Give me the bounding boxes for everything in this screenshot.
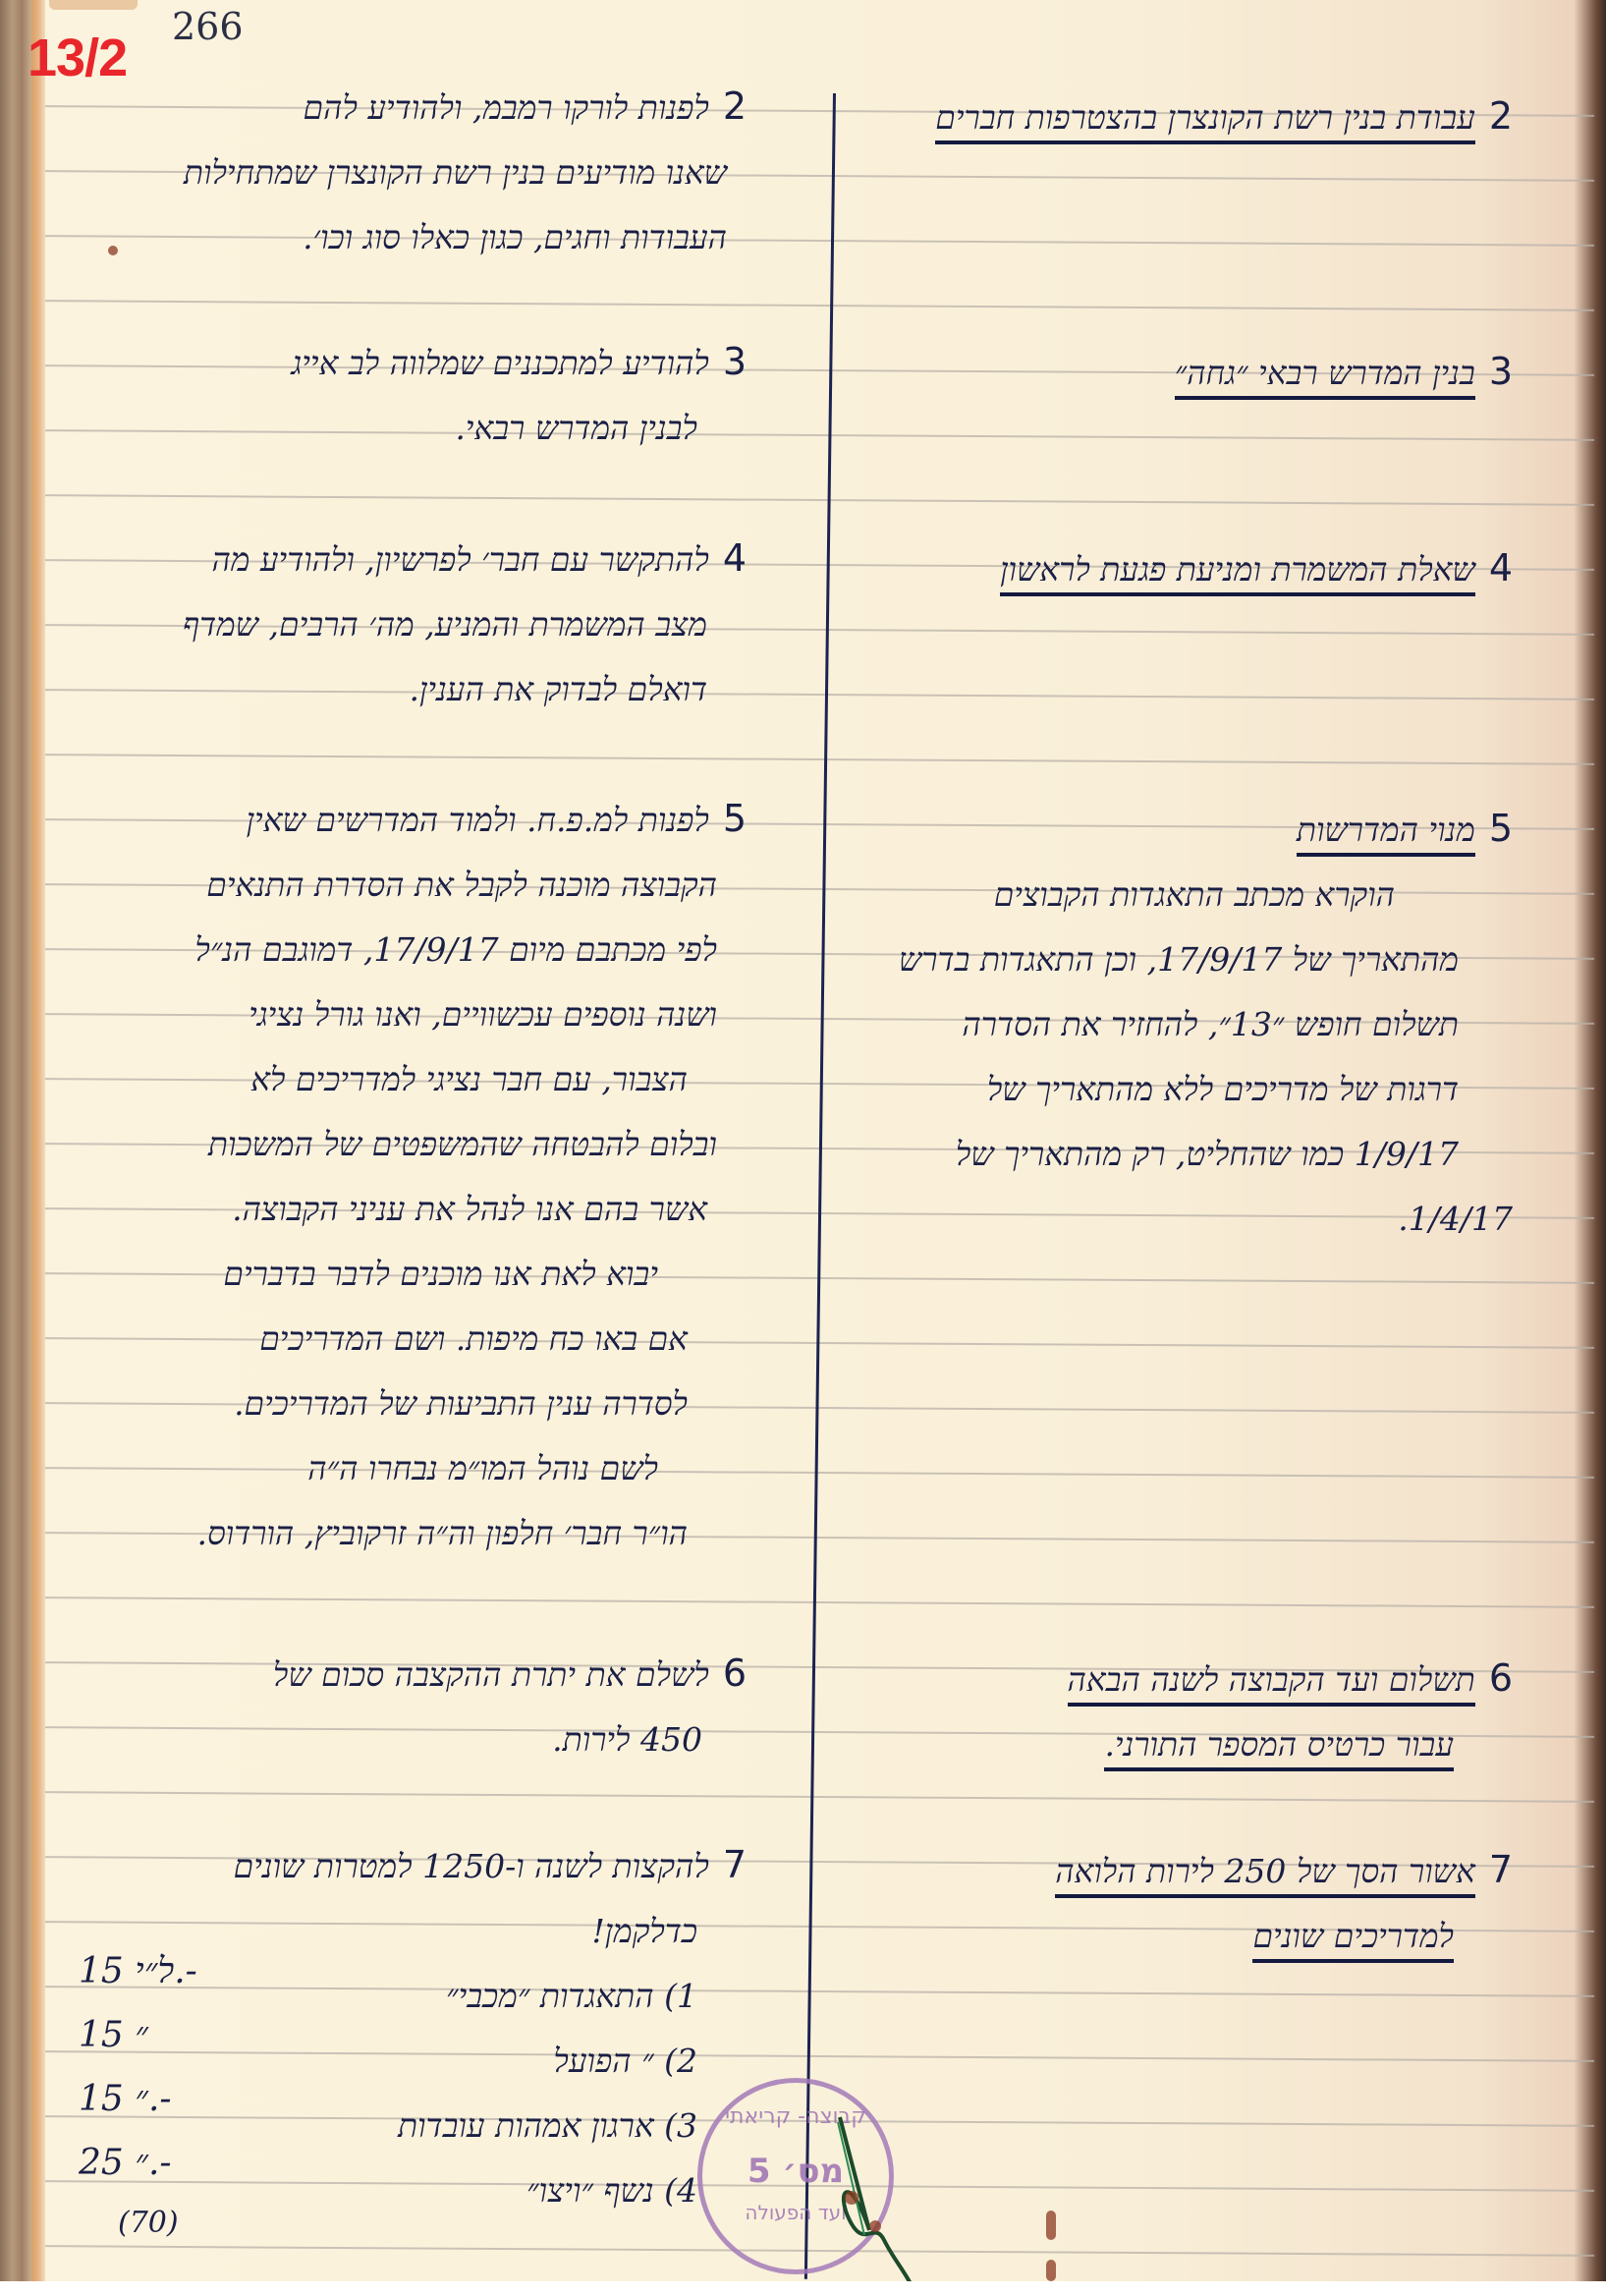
item-line: ובלום להבטחה שהמשפטים של המשכות <box>194 1112 717 1177</box>
item-line: 1/4/17. <box>899 1187 1513 1252</box>
amount-value: 25.- <box>79 2143 172 2183</box>
amount-value: 15 <box>79 2015 124 2055</box>
item-number: 5 <box>1489 807 1513 850</box>
ink-spot <box>1046 2260 1056 2281</box>
scan-margin <box>0 2281 1606 2296</box>
archive-label: 13/2 <box>28 28 127 88</box>
subitem-label: ארגון אמהות עובדות <box>398 2106 654 2145</box>
page-tab <box>49 0 138 10</box>
item-number: 6 <box>723 1652 747 1695</box>
ruled-line <box>45 494 1594 506</box>
amount-unit: ״ <box>135 2143 148 2183</box>
item-line: להקצות לשנה ו-1250 למטרות שונים <box>234 1847 709 1885</box>
left-item-5: 5לפנות למ.פ.ח. ולמוד המדרשים שאין הקבוצה… <box>194 786 747 1566</box>
item-line: 1/9/17 כמו שהחליט, רק מהתאריך של <box>899 1122 1459 1187</box>
subitem-marker: 4 <box>677 2171 697 2210</box>
subitem-4: 4) נשף ״ויצו״ <box>234 2158 697 2223</box>
ruled-line <box>45 1596 1594 1608</box>
item-number: 6 <box>1489 1656 1513 1700</box>
ink-spot <box>1046 2211 1056 2240</box>
subitem-marker: 3 <box>677 2106 697 2145</box>
item-line: דואלם לבדוק את הענין. <box>183 657 707 722</box>
item-line: אם באו כח מיפות. ושם המדריכים <box>194 1307 688 1372</box>
item-heading: בנין המדרש רבאי ״גחה״ <box>1175 354 1475 400</box>
subitem-marker: 1 <box>677 1977 697 2015</box>
item-line: לסדרה ענין התביעות של המדריכים. <box>194 1372 688 1436</box>
subitem-label: התאגדות ״מכבי״ <box>446 1977 654 2015</box>
item-heading: שאלת המשמרת ומניעת פגעת לראשון <box>1000 550 1475 596</box>
item-line: מהתאריך של 17/9/17, וכן התאגדות בדרש <box>899 927 1459 992</box>
page-number: 266 <box>172 5 244 48</box>
amount-4: ״ 25.- <box>79 2142 172 2183</box>
item-line: עבור כרטיס המספר התורני. <box>1104 1725 1454 1771</box>
item-number: 5 <box>723 797 747 840</box>
item-line: לפנות לורקו רמבמ, ולהודיע להם <box>304 88 709 127</box>
amount-2: ״ 15 <box>79 2014 148 2055</box>
left-item-2: 2לפנות לורקו רמבמ, ולהודיע להם שאנו מודי… <box>184 74 747 270</box>
item-number: 2 <box>723 84 747 128</box>
right-item-7: 7אשור הסך של 250 לירות הלואה למדריכים שו… <box>1055 1837 1513 1969</box>
ink-spot <box>108 246 118 255</box>
item-line: לפי מכתבם מיום 17/9/17, דמוגבם הנ״ל <box>194 918 717 982</box>
amount-1: ל״י 15.- <box>79 1950 197 1991</box>
signature-icon <box>830 2112 918 2281</box>
subitem-1: 1) התאגדות ״מכבי״ <box>234 1964 697 2029</box>
amount-total: (70) <box>118 2206 179 2240</box>
amount-value: 15.- <box>79 2079 172 2119</box>
right-item-3: 3בנין המדרש רבאי ״גחה״ <box>1175 339 1513 406</box>
item-line: מצב המשמרת והמניע, מה׳ הרבים, שמדף <box>183 592 707 657</box>
subitem-3: 3) ארגון אמהות עובדות <box>234 2094 697 2158</box>
right-item-4: 4שאלת המשמרת ומניעת פגעת לראשון <box>1000 535 1513 602</box>
left-item-6: 6לשלם את יתרת ההקצבה סכום של 450 לירות. <box>273 1641 747 1772</box>
subitem-label: נשף ״ויצו״ <box>526 2171 654 2210</box>
ruled-line <box>45 300 1594 311</box>
subitem-2: 2) ״ הפועל <box>234 2029 697 2094</box>
page-binding <box>0 0 31 2281</box>
item-line: הקבוצה מוכנה לקבל את הסדרת התנאים <box>194 853 717 918</box>
left-item-7: 7להקצות לשנה ו-1250 למטרות שונים כדלקמן!… <box>234 1832 747 2223</box>
item-line: ושנה נוספים עכשוויים, ואנו גורל נציגי <box>194 982 717 1047</box>
item-line: כדלקמן! <box>234 1899 697 1964</box>
right-item-5: 5מנוי המדרשות הוקרא מכתב התאגדות הקבוצים… <box>899 796 1513 1252</box>
page-binding-edge <box>31 0 45 2281</box>
ruled-line <box>45 754 1594 765</box>
notebook-page: 13/2 266 2עבודת בנין רשת הקונצרן בהצטרפו… <box>0 0 1606 2281</box>
subitem-label: ״ הפועל <box>553 2042 653 2080</box>
item-line: להודיע למתכננים שמלווה לב אייג <box>291 344 708 382</box>
item-line: דרגות של מדריכים ללא מהתאריך של <box>899 1057 1459 1122</box>
item-number: 4 <box>1489 546 1513 589</box>
item-heading: אשור הסך של 250 לירות הלואה <box>1055 1852 1475 1898</box>
item-line: לשלם את יתרת ההקצבה סכום של <box>273 1655 709 1694</box>
item-line: להתקשר עם חבר׳ לפרשיון, ולהודיע מה <box>211 540 708 579</box>
item-heading: עבודת בנין רשת הקונצרן בהצטרפות חברים <box>935 98 1475 144</box>
subitem-marker: 2 <box>677 2042 697 2080</box>
left-item-3: 3להודיע למתכננים שמלווה לב אייג לבנין המ… <box>291 329 747 461</box>
amount-unit: ל״י <box>135 1951 174 1991</box>
item-line: למדריכים שונים <box>1252 1917 1454 1963</box>
amount-3: ״ 15.- <box>79 2078 172 2119</box>
column-divider <box>804 93 836 2279</box>
item-line: תשלום חופש ״13״, להחזיר את הסדרה <box>899 992 1459 1057</box>
item-number: 3 <box>1489 350 1513 393</box>
item-line: יבוא לאת אנו מוכנים לדבר בדברים <box>194 1242 658 1307</box>
item-number: 7 <box>723 1843 747 1886</box>
item-line: אשר בהם אנו לנהל את עניני הקבוצה. <box>194 1177 707 1242</box>
item-heading: מנוי המדרשות <box>1297 811 1475 857</box>
left-item-4: 4להתקשר עם חבר׳ לפרשיון, ולהודיע מה מצב … <box>183 526 747 722</box>
item-line: שאנו מודיעים בנין רשת הקונצרן שמתחילות <box>184 140 727 205</box>
item-number: 4 <box>723 536 747 580</box>
ruled-line <box>45 429 1594 441</box>
item-line: לבנין המדרש רבאי. <box>291 396 697 461</box>
item-line: העבודות וחגים, כגון כאלו סוג וכו׳. <box>184 205 727 270</box>
item-line: 450 לירות. <box>273 1708 702 1772</box>
ink-spot <box>869 2220 881 2232</box>
ink-spot <box>845 2191 858 2205</box>
amount-unit: ״ <box>135 2015 148 2055</box>
item-heading: תשלום ועד הקבוצה לשנה הבאה <box>1068 1660 1475 1707</box>
item-number: 3 <box>723 340 747 383</box>
ruled-line <box>45 1791 1594 1803</box>
item-line: הוקרא מכתב התאגדות הקבוצים <box>899 863 1395 927</box>
item-number: 2 <box>1489 94 1513 138</box>
right-item-2: 2עבודת בנין רשת הקונצרן בהצטרפות חברים <box>935 84 1513 150</box>
item-line: לפנות למ.פ.ח. ולמוד המדרשים שאין <box>247 801 709 839</box>
right-item-6: 6תשלום ועד הקבוצה לשנה הבאה עבור כרטיס ה… <box>1068 1646 1513 1777</box>
item-line: הצבור, עם חבר נציגי למדריכים לא <box>194 1047 688 1112</box>
item-line: הו״ר חבר׳ חלפון וה״ה זרקוביץ, הורדוס. <box>194 1501 688 1566</box>
item-line: לשם נוהל המו״מ נבחרו ה״ה <box>194 1436 658 1501</box>
amount-unit: ״ <box>135 2079 148 2119</box>
item-number: 7 <box>1489 1848 1513 1891</box>
